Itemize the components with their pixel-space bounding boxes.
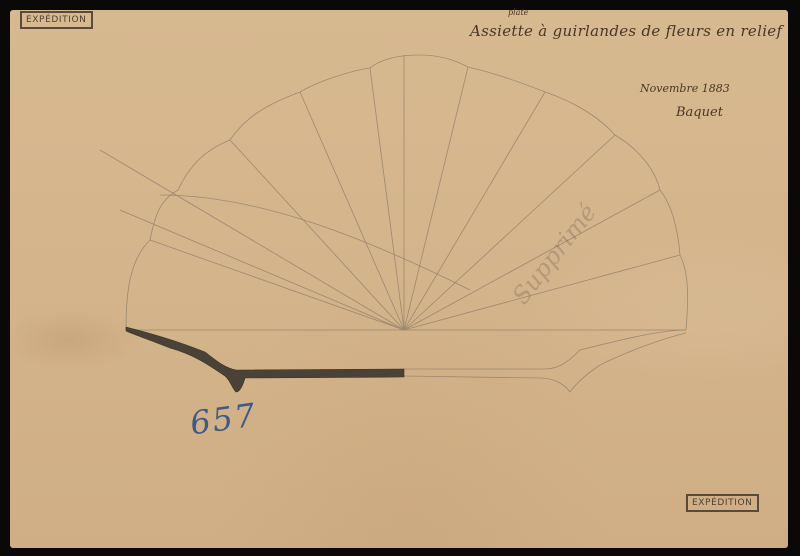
- plate-drawing: [0, 0, 800, 556]
- plate-outline: [126, 55, 688, 330]
- profile-section-left: [126, 327, 404, 392]
- profile-outline-right: [404, 330, 686, 392]
